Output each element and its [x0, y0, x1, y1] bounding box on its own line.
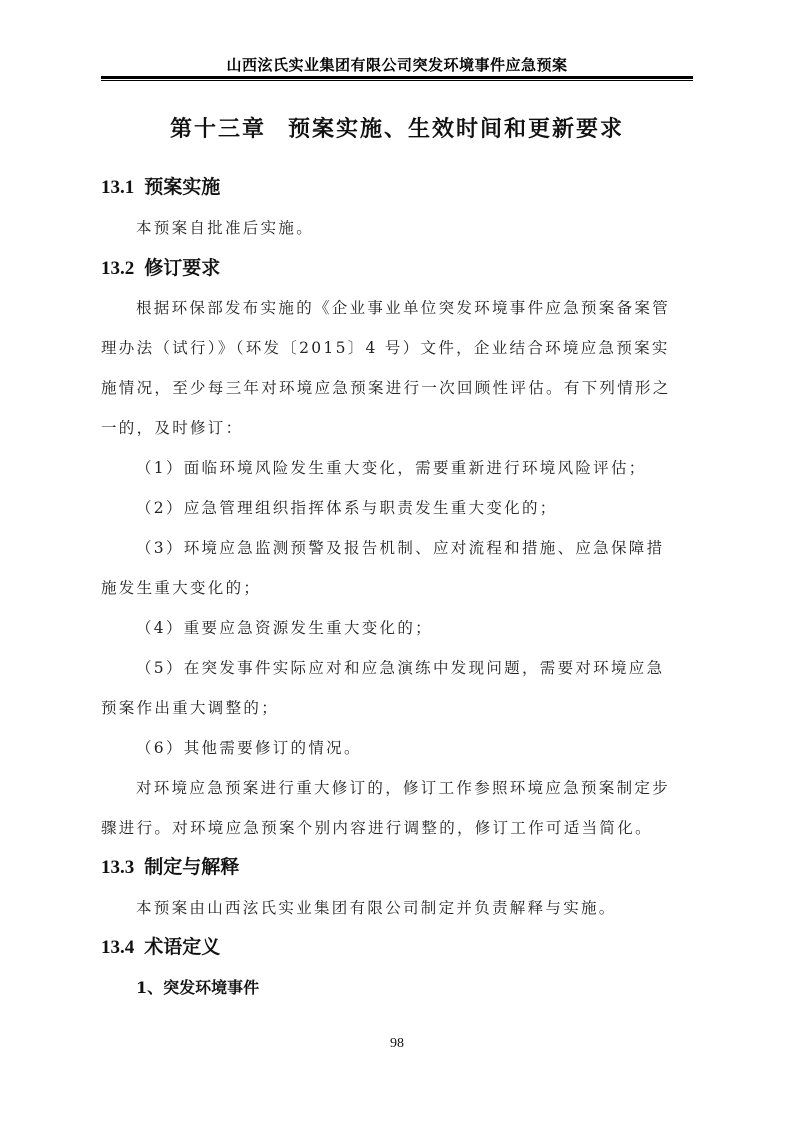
paragraph-line: 对环境应急预案进行重大修订的，修订工作参照环境应急预案制定步 [136, 776, 728, 798]
section-number: 13.2 [101, 258, 134, 279]
chapter-number: 第十三章 [170, 116, 266, 142]
paragraph: 本预案自批准后实施。 [136, 216, 728, 238]
paragraph: 本预案由山西泫氏实业集团有限公司制定并负责解释与实施。 [136, 896, 728, 918]
paragraph-line: 骤进行。对环境应急预案个别内容进行调整的，修订工作可适当简化。 [101, 816, 693, 838]
running-header: 山西泫氏实业集团有限公司突发环境事件应急预案 [101, 54, 693, 75]
list-item-1: （1）面临环境风险发生重大变化，需要重新进行环境风险评估； [136, 456, 728, 478]
list-item-3-cont: 施发生重大变化的； [101, 576, 693, 598]
section-heading-13-2: 13.2修订要求 [101, 253, 220, 280]
chapter-title: 第十三章预案实施、生效时间和更新要求 [101, 112, 693, 143]
header-rule-thin [101, 80, 693, 81]
section-title: 术语定义 [144, 936, 220, 958]
section-number: 13.4 [101, 937, 134, 958]
section-heading-13-1: 13.1预案实施 [101, 172, 220, 199]
list-item-4: （4）重要应急资源发生重大变化的； [136, 616, 728, 638]
paragraph-line: 一的，及时修订： [101, 416, 693, 438]
section-number: 13.3 [101, 857, 134, 878]
section-title: 制定与解释 [144, 856, 239, 878]
list-item-6: （6）其他需要修订的情况。 [136, 736, 728, 758]
list-item-5-cont: 预案作出重大调整的； [101, 696, 693, 718]
header-rule-thick [101, 76, 693, 79]
subheading: 1、突发环境事件 [136, 975, 259, 998]
document-page: 山西泫氏实业集团有限公司突发环境事件应急预案 第十三章预案实施、生效时间和更新要… [0, 0, 794, 1123]
paragraph-line: 理办法（试行）》（环发〔2015〕4 号）文件，企业结合环境应急预案实 [101, 336, 693, 358]
list-item-5: （5）在突发事件实际应对和应急演练中发现问题，需要对环境应急 [136, 656, 728, 678]
page-number: 98 [0, 1036, 794, 1052]
list-item-3: （3）环境应急监测预警及报告机制、应对流程和措施、应急保障措 [136, 536, 728, 558]
chapter-name: 预案实施、生效时间和更新要求 [288, 116, 624, 142]
section-number: 13.1 [101, 177, 134, 198]
paragraph-line: 施情况，至少每三年对环境应急预案进行一次回顾性评估。有下列情形之 [101, 376, 693, 398]
paragraph-line: 根据环保部发布实施的《企业事业单位突发环境事件应急预案备案管 [136, 296, 728, 318]
section-heading-13-4: 13.4术语定义 [101, 932, 220, 959]
section-heading-13-3: 13.3制定与解释 [101, 852, 239, 879]
section-title: 修订要求 [144, 257, 220, 279]
section-title: 预案实施 [144, 176, 220, 198]
list-item-2: （2）应急管理组织指挥体系与职责发生重大变化的； [136, 496, 728, 518]
